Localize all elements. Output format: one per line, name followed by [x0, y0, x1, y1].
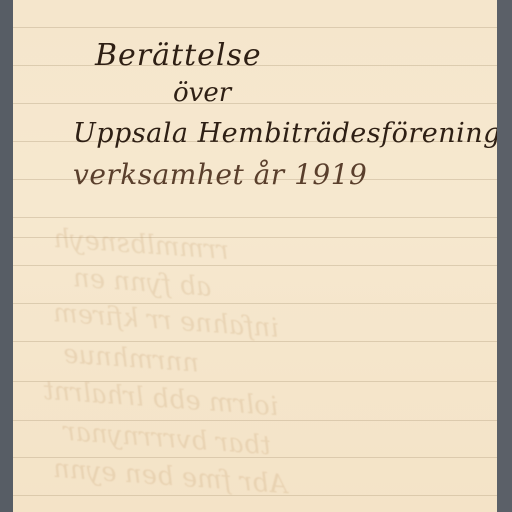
bleed-through-text: Abr fme ben eynn — [52, 454, 288, 500]
scan-border-right — [497, 0, 512, 512]
bleed-through-text: nnrmhnue — [62, 339, 200, 378]
ruled-line — [13, 27, 497, 28]
bleed-through-text: tbar bvrrrnynar — [62, 417, 272, 461]
heading-line-3: Uppsala Hembiträdesförening[s] — [73, 118, 497, 149]
bleed-through-text: infahne rr kfirem — [52, 298, 280, 344]
bleed-through-text: rrmmlbsneyh — [52, 224, 230, 266]
heading-line-1: Berättelse — [95, 38, 262, 73]
ruled-line — [13, 217, 497, 218]
bleed-through-text: ab fynn en — [72, 263, 212, 303]
manuscript-page: rrmmlbsneyh ab fynn en infahne rr kfirem… — [13, 0, 497, 512]
scan-border-left — [0, 0, 13, 512]
heading-line-2: över — [173, 78, 231, 108]
heading-line-4: verksamhet år 1919 — [73, 158, 367, 191]
bleed-through-text: iolrm ebb lrhalrnt — [42, 376, 279, 422]
ruled-line — [13, 103, 497, 104]
